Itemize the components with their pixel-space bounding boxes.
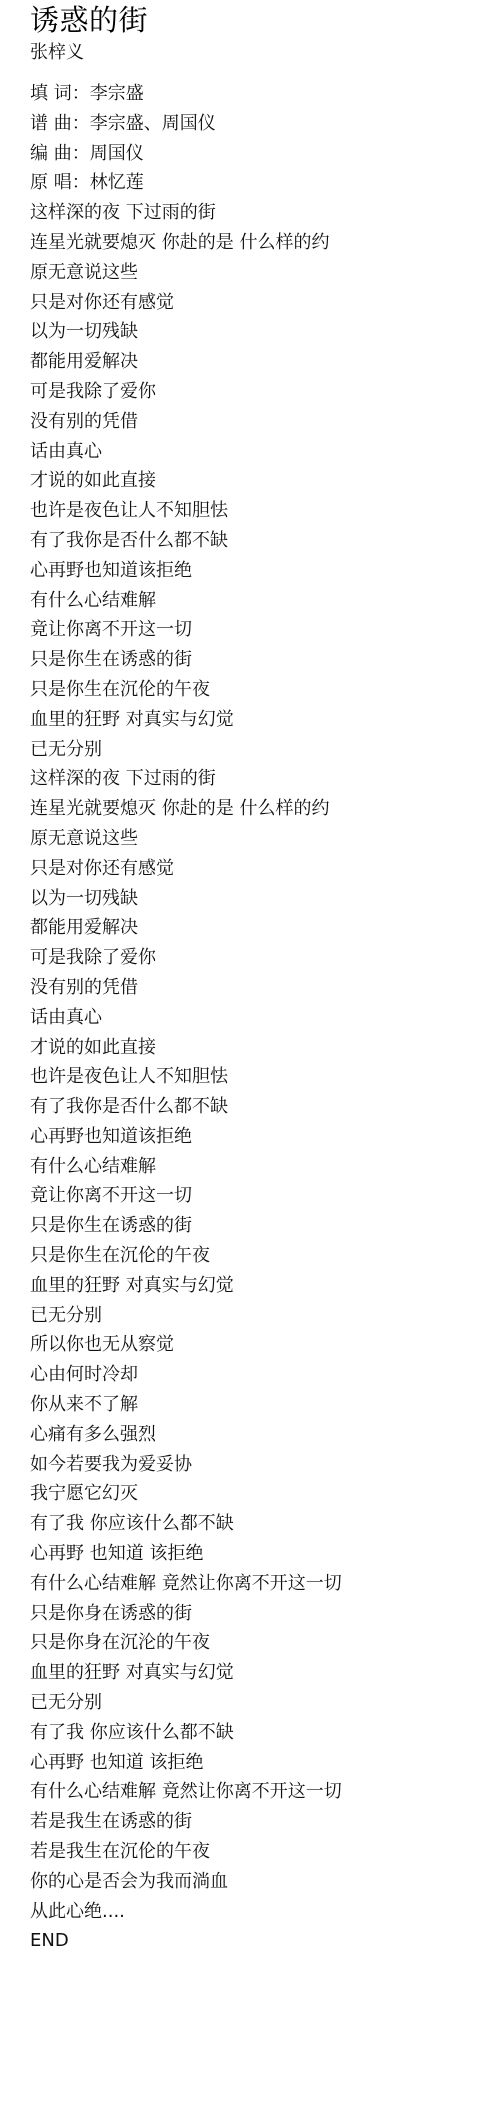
lyric-line: 可是我除了爱你 bbox=[30, 377, 500, 407]
lyric-line: 以为一切残缺 bbox=[30, 317, 500, 347]
lyric-line: 也许是夜色让人不知胆怯 bbox=[30, 1062, 500, 1092]
lyric-line: 心再野也知道该拒绝 bbox=[30, 1122, 500, 1152]
lyric-line: 有了我 你应该什么都不缺 bbox=[30, 1509, 500, 1539]
lyric-line: 有什么心结难解 竟然让你离不开这一切 bbox=[30, 1569, 500, 1599]
lyric-line: 也许是夜色让人不知胆怯 bbox=[30, 496, 500, 526]
lyric-line: 只是你身在诱惑的街 bbox=[30, 1599, 500, 1629]
credit-line: 谱 曲：李宗盛、周国仪 bbox=[30, 109, 500, 139]
credit-line: 原 唱：林忆莲 bbox=[30, 168, 500, 198]
lyric-line: 以为一切残缺 bbox=[30, 884, 500, 914]
lyric-line: 才说的如此直接 bbox=[30, 1033, 500, 1063]
lyric-line: 已无分别 bbox=[30, 735, 500, 765]
lyric-line: 心再野也知道该拒绝 bbox=[30, 556, 500, 586]
lyric-line: 已无分别 bbox=[30, 1688, 500, 1718]
lyric-line: 血里的狂野 对真实与幻觉 bbox=[30, 705, 500, 735]
lyric-line: 话由真心 bbox=[30, 1003, 500, 1033]
lyric-line: 有了我你是否什么都不缺 bbox=[30, 526, 500, 556]
lyric-line: 只是对你还有感觉 bbox=[30, 854, 500, 884]
lyrics-page: 诱惑的街 张梓义 填 词：李宗盛谱 曲：李宗盛、周国仪编 曲：周国仪原 唱：林忆… bbox=[0, 0, 500, 1956]
lyric-line: 有了我 你应该什么都不缺 bbox=[30, 1718, 500, 1748]
lyric-line: 原无意说这些 bbox=[30, 824, 500, 854]
lyric-line: 你从来不了解 bbox=[30, 1390, 500, 1420]
lyric-line: 连星光就要熄灭 你赴的是 什么样的约 bbox=[30, 794, 500, 824]
lyric-line: 只是你身在沉沦的午夜 bbox=[30, 1628, 500, 1658]
lyric-line: 只是你生在诱惑的街 bbox=[30, 1211, 500, 1241]
lyric-line: 才说的如此直接 bbox=[30, 466, 500, 496]
lyric-line: 有什么心结难解 竟然让你离不开这一切 bbox=[30, 1777, 500, 1807]
credit-line: 编 曲：周国仪 bbox=[30, 139, 500, 169]
lyric-line: 可是我除了爱你 bbox=[30, 943, 500, 973]
lyric-line: 只是你生在诱惑的街 bbox=[30, 645, 500, 675]
lyric-line: 只是你生在沉伦的午夜 bbox=[30, 1241, 500, 1271]
lyric-line: 若是我生在沉伦的午夜 bbox=[30, 1837, 500, 1867]
lyric-line: 心由何时冷却 bbox=[30, 1360, 500, 1390]
lyric-line: 原无意说这些 bbox=[30, 258, 500, 288]
lyric-line: 都能用爱解决 bbox=[30, 913, 500, 943]
lyric-line: 话由真心 bbox=[30, 437, 500, 467]
lyrics-list: 填 词：李宗盛谱 曲：李宗盛、周国仪编 曲：周国仪原 唱：林忆莲这样深的夜 下过… bbox=[30, 79, 500, 1956]
song-title: 诱惑的街 bbox=[30, 0, 500, 37]
lyric-line: 心痛有多么强烈 bbox=[30, 1420, 500, 1450]
lyric-line: 这样深的夜 下过雨的街 bbox=[30, 764, 500, 794]
lyric-line: 连星光就要熄灭 你赴的是 什么样的约 bbox=[30, 228, 500, 258]
lyric-line: 只是对你还有感觉 bbox=[30, 288, 500, 318]
lyric-line: 都能用爱解决 bbox=[30, 347, 500, 377]
lyric-line: 心再野 也知道 该拒绝 bbox=[30, 1748, 500, 1778]
song-artist: 张梓义 bbox=[30, 41, 500, 65]
lyric-line: 竟让你离不开这一切 bbox=[30, 615, 500, 645]
lyric-line: 没有别的凭借 bbox=[30, 973, 500, 1003]
lyric-line: 所以你也无从察觉 bbox=[30, 1330, 500, 1360]
lyric-line: 如今若要我为爱妥协 bbox=[30, 1450, 500, 1480]
lyric-line: 已无分别 bbox=[30, 1301, 500, 1331]
lyric-line: 有什么心结难解 bbox=[30, 1152, 500, 1182]
lyric-line: 心再野 也知道 该拒绝 bbox=[30, 1539, 500, 1569]
lyric-line: 有了我你是否什么都不缺 bbox=[30, 1092, 500, 1122]
lyric-line: 竟让你离不开这一切 bbox=[30, 1181, 500, 1211]
lyric-line: 你的心是否会为我而淌血 bbox=[30, 1867, 500, 1897]
lyric-line: 这样深的夜 下过雨的街 bbox=[30, 198, 500, 228]
lyric-line: 血里的狂野 对真实与幻觉 bbox=[30, 1271, 500, 1301]
lyric-line: 没有别的凭借 bbox=[30, 407, 500, 437]
lyric-line: 有什么心结难解 bbox=[30, 586, 500, 616]
lyric-line: 若是我生在诱惑的街 bbox=[30, 1807, 500, 1837]
lyric-line: 只是你生在沉伦的午夜 bbox=[30, 675, 500, 705]
lyric-line: 血里的狂野 对真实与幻觉 bbox=[30, 1658, 500, 1688]
end-marker: END bbox=[30, 1926, 500, 1956]
lyric-line: 我宁愿它幻灭 bbox=[30, 1479, 500, 1509]
credit-line: 填 词：李宗盛 bbox=[30, 79, 500, 109]
lyric-line: 从此心绝.... bbox=[30, 1897, 500, 1927]
